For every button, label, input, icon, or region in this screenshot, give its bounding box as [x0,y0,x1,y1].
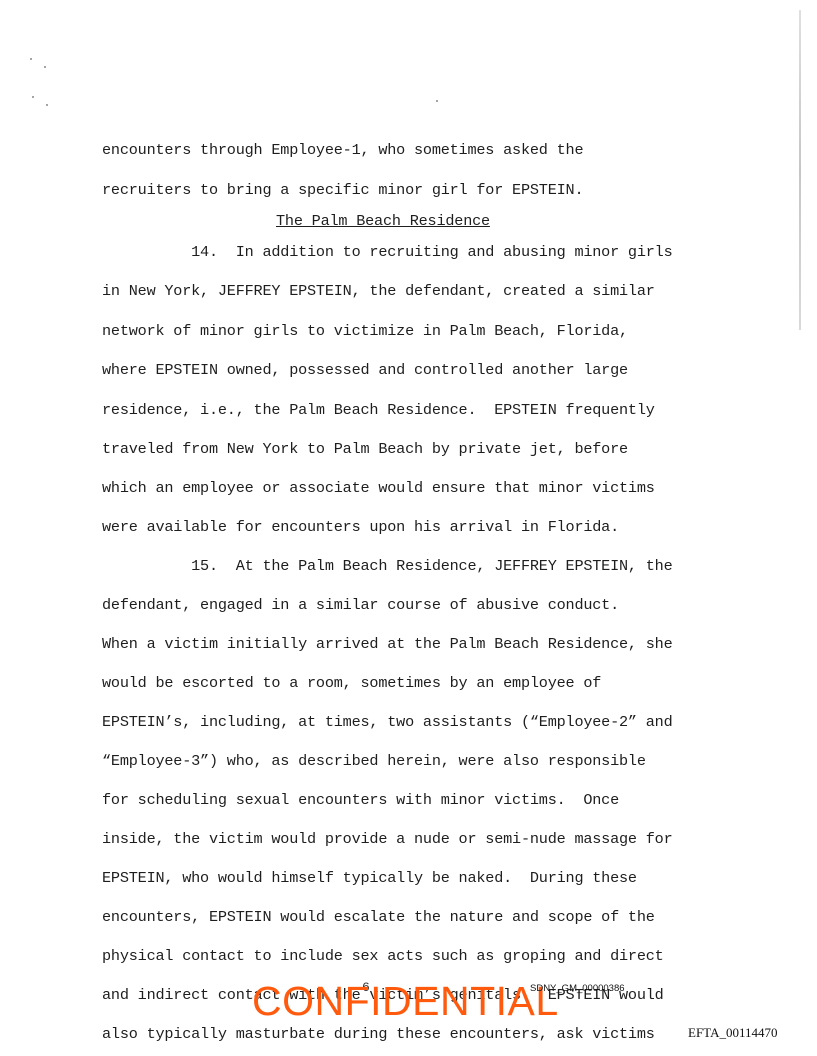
text-line: residence, i.e., the Palm Beach Residenc… [102,401,655,419]
document-page: encounters through Employee-1, who somet… [0,0,817,1056]
text-line: which an employee or associate would ens… [102,479,655,497]
scan-edge-artifact [799,10,801,330]
text-line: were available for encounters upon his a… [102,518,619,536]
section-heading: The Palm Beach Residence [276,212,490,230]
text-line: 15. At the Palm Beach Residence, JEFFREY… [102,557,673,575]
text-line: also typically masturbate during these e… [102,1025,655,1043]
text-line: traveled from New York to Palm Beach by … [102,440,628,458]
scan-speck [44,66,46,68]
text-line: for scheduling sexual encounters with mi… [102,791,619,809]
text-line: 14. In addition to recruiting and abusin… [102,243,673,261]
scan-speck [436,100,438,102]
text-line: encounters through Employee-1, who somet… [102,141,583,159]
scan-speck [32,96,34,98]
bates-number: SDNY_GM_00000386 [530,983,625,994]
text-line: defendant, engaged in a similar course o… [102,596,619,614]
text-line: physical contact to include sex acts suc… [102,947,664,965]
text-line: where EPSTEIN owned, possessed and contr… [102,361,628,379]
scan-speck [46,104,48,106]
text-line: in New York, JEFFREY EPSTEIN, the defend… [102,282,655,300]
text-line: encounters, EPSTEIN would escalate the n… [102,908,655,926]
text-line: recruiters to bring a specific minor gir… [102,181,583,199]
text-line: network of minor girls to victimize in P… [102,322,628,340]
text-line: would be escorted to a room, sometimes b… [102,674,601,692]
text-line: When a victim initially arrived at the P… [102,635,673,653]
efta-number: EFTA_00114470 [688,1025,777,1041]
confidential-stamp: CONFIDENTIAL [252,978,559,1025]
text-line: EPSTEIN’s, including, at times, two assi… [102,713,673,731]
text-line: “Employee-3”) who, as described herein, … [102,752,646,770]
text-line: inside, the victim would provide a nude … [102,830,673,848]
text-line: EPSTEIN, who would himself typically be … [102,869,637,887]
scan-speck [30,58,32,60]
